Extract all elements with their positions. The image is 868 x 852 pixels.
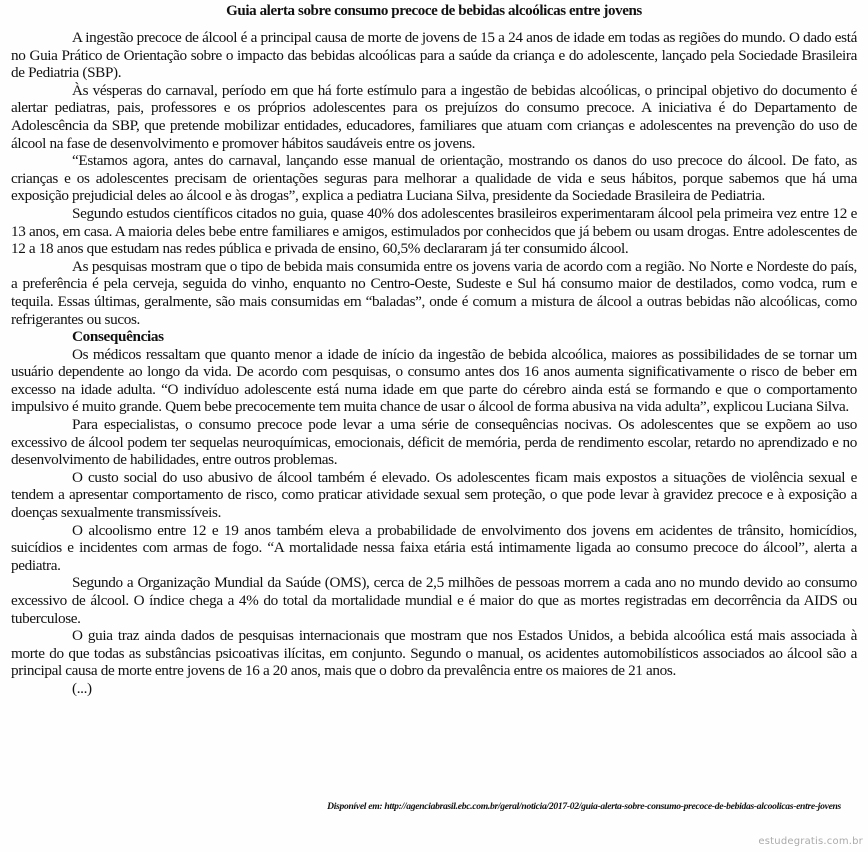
article-body: A ingestão precoce de álcool é a princip… (11, 29, 857, 698)
paragraph: A ingestão precoce de álcool é a princip… (11, 29, 857, 82)
paragraph: O guia traz ainda dados de pesquisas int… (11, 627, 857, 680)
paragraph: Segundo a Organização Mundial da Saúde (… (11, 574, 857, 627)
paragraph: Às vésperas do carnaval, período em que … (11, 82, 857, 152)
source-citation: Disponível em: http://agenciabrasil.ebc.… (327, 801, 841, 812)
paragraph: Segundo estudos científicos citados no g… (11, 205, 857, 258)
article: Guia alerta sobre consumo precoce de beb… (11, 0, 857, 698)
paragraph: O alcoolismo entre 12 e 19 anos também e… (11, 522, 857, 575)
section-heading: Consequências (11, 328, 857, 346)
watermark: estudegratis.com.br (758, 836, 863, 847)
paragraph: Para especialistas, o consumo precoce po… (11, 416, 857, 469)
paragraph: “Estamos agora, antes do carnaval, lança… (11, 152, 857, 205)
paragraph: As pesquisas mostram que o tipo de bebid… (11, 258, 857, 328)
paragraph: Os médicos ressaltam que quanto menor a … (11, 346, 857, 416)
article-title: Guia alerta sobre consumo precoce de beb… (11, 1, 857, 20)
ellipsis: (...) (11, 680, 857, 698)
paragraph: O custo social do uso abusivo de álcool … (11, 469, 857, 522)
